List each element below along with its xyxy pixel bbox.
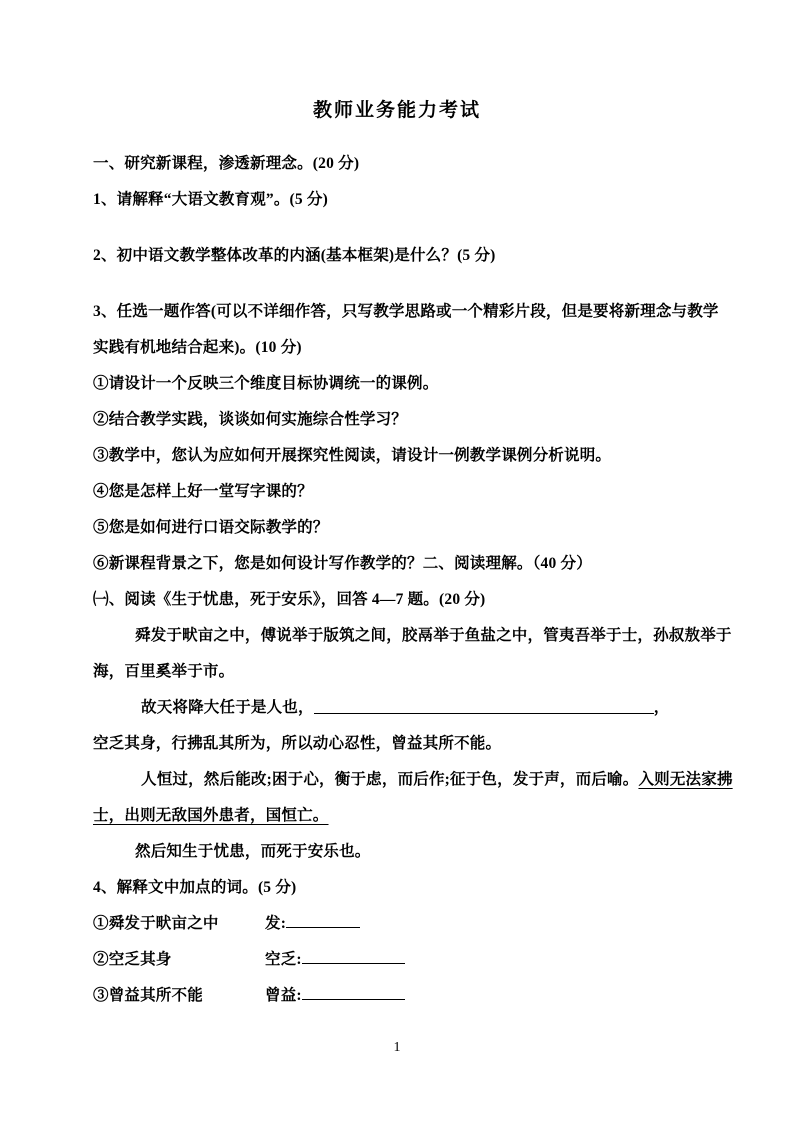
- question-3-line2: 实践有机地结合起来)。(10 分): [93, 330, 701, 366]
- question-3-option-2: ②结合教学实践，谈谈如何实施综合性学习？: [93, 402, 701, 438]
- q4-item2-phrase: ②空乏其身: [93, 942, 265, 978]
- question-1: 1、请解释“大语文教育观”。(5 分): [93, 182, 701, 218]
- passage-underlined-part1: 入则无法家拂: [638, 771, 732, 788]
- q4-item3-label: 曾益:: [265, 978, 302, 1014]
- passage-blank-suffix: ，: [654, 699, 670, 716]
- page-number: 1: [0, 1038, 794, 1058]
- question-4-item-3: ③曾益其所不能曾益:: [93, 978, 701, 1014]
- document-page: 教师业务能力考试 一、研究新课程，渗透新理念。(20 分) 1、请解释“大语文教…: [0, 0, 794, 1123]
- question-3-option-1: ①请设计一个反映三个维度目标协调统一的课例。: [93, 366, 701, 402]
- fill-in-blank-q4-item1: [286, 914, 360, 928]
- question-3-option-5: ⑤您是如何进行口语交际教学的？: [93, 510, 701, 546]
- passage-paragraph3-line1: 人恒过，然后能改;困于心，衡于虑，而后作;征于色，发于声，而后喻。入则无法家拂: [93, 762, 701, 798]
- fill-in-blank-q4-item3: [302, 986, 405, 1000]
- passage-paragraph4: 然后知生于忧患，而死于安乐也。: [93, 834, 701, 870]
- passage-paragraph1-line2: 海，百里奚举于市。: [93, 654, 701, 690]
- fill-in-blank-q4-item2: [302, 950, 405, 964]
- question-4-item-1: ①舜发于畎亩之中发:: [93, 906, 701, 942]
- passage-paragraph3-line2: 士，出则无敌国外患者，国恒亡。: [93, 798, 701, 834]
- question-3-line1: 3、任选一题作答(可以不详细作答，只写教学思路或一个精彩片段，但是要将新理念与教…: [93, 294, 701, 330]
- question-2: 2、初中语文教学整体改革的内涵(基本框架)是什么？(5 分): [93, 238, 701, 274]
- passage-blank-line: 故天将降大任于是人也，，: [93, 690, 701, 726]
- passage-blank-prefix: 故天将降大任于是人也，: [141, 699, 314, 716]
- passage-paragraph2-line2: 空乏其身，行拂乱其所为，所以动心忍性，曾益其所不能。: [93, 726, 701, 762]
- fill-in-blank-passage: [314, 700, 654, 714]
- q4-item1-label: 发:: [265, 906, 286, 942]
- passage-paragraph3-normal: 人恒过，然后能改;困于心，衡于虑，而后作;征于色，发于声，而后喻。: [141, 771, 638, 788]
- passage-underlined-part2: 士，出则无敌国外患者，国恒亡。: [93, 807, 329, 824]
- section1-heading: 一、研究新课程，渗透新理念。(20 分): [93, 146, 701, 182]
- question-3-option-6-and-section2-heading: ⑥新课程背景之下，您是如何设计写作教学的？二、阅读理解。（40 分）: [93, 546, 701, 582]
- exam-title: 教师业务能力考试: [93, 96, 701, 126]
- question-3-option-3: ③教学中，您认为应如何开展探究性阅读，请设计一例教学课例分析说明。: [93, 438, 701, 474]
- question-4-heading: 4、解释文中加点的词。(5 分): [93, 870, 701, 906]
- q4-item1-phrase: ①舜发于畎亩之中: [93, 906, 265, 942]
- reading-part-heading: ㈠、阅读《生于忧患，死于安乐》，回答 4—7 题。(20 分): [93, 582, 701, 618]
- passage-paragraph1-line1: 舜发于畎亩之中，傅说举于版筑之间，胶鬲举于鱼盐之中，管夷吾举于士，孙叔敖举于: [93, 618, 701, 654]
- q4-item2-label: 空乏:: [265, 942, 302, 978]
- question-4-item-2: ②空乏其身空乏:: [93, 942, 701, 978]
- question-3-option-4: ④您是怎样上好一堂写字课的？: [93, 474, 701, 510]
- q4-item3-phrase: ③曾益其所不能: [93, 978, 265, 1014]
